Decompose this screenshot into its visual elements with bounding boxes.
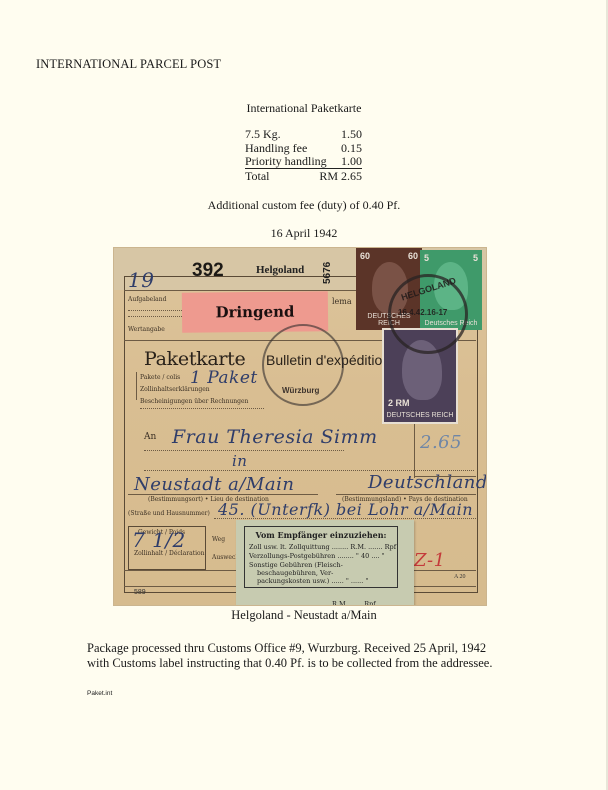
label-wert: Wertangabe xyxy=(128,326,165,333)
page-title: INTERNATIONAL PARCEL POST xyxy=(36,57,221,72)
fee-value: RM 2.65 xyxy=(319,169,362,183)
stamp-value: 60 xyxy=(360,251,370,261)
parcel-card-image: 392 Helgoland 5676 19 Aufgabeland Wertan… xyxy=(114,248,486,605)
label-bescheinigungen: Bescheinigungen über Rechnungen xyxy=(140,398,248,405)
customs-line: Verzollungs-Postgebühren ........ " 40 .… xyxy=(249,552,385,560)
handwritten-weight: 7 1/2 xyxy=(132,528,186,552)
customs-line: Sonstige Gebühren (Fleisch- xyxy=(249,561,343,569)
card-caption: Helgoland - Neustadt a/Main xyxy=(0,608,608,623)
form-number: 589 xyxy=(134,589,146,596)
fee-label: Handling fee xyxy=(245,141,307,155)
stamp-value: 2 RM xyxy=(388,398,410,408)
label-fragment: lema xyxy=(332,298,352,305)
stamp-value: 60 xyxy=(408,251,418,261)
divider xyxy=(144,450,344,451)
fee-table: 7.5 Kg. 1.50 Handling fee 0.15 Priority … xyxy=(245,127,362,183)
fee-label: Priority handling xyxy=(245,155,327,168)
customs-footer: R.M. ...... Rpf xyxy=(332,600,376,605)
document-date: 16 April 1942 xyxy=(0,226,608,241)
divider xyxy=(128,310,184,311)
form-title: Paketkarte xyxy=(144,348,245,370)
customs-line: Zoll usw. lt. Zollquittung ........ R.M.… xyxy=(249,543,396,551)
handwritten-quantity: 1 Paket xyxy=(190,368,258,388)
fee-value: 0.15 xyxy=(341,141,362,155)
customs-title: Vom Empfänger einzuziehen: xyxy=(245,530,397,540)
customs-line: packungskosten usw.) ...... " ...... " xyxy=(257,577,368,585)
description-line: Package processed thru Customs Office #9… xyxy=(87,641,521,656)
card-vertical-number: 5676 xyxy=(322,262,333,284)
customs-box: Vom Empfänger einzuziehen: Zoll usw. lt.… xyxy=(244,526,398,588)
fee-value: 1.50 xyxy=(341,127,362,141)
handwritten-city: Neustadt a/Main xyxy=(134,474,294,495)
divider xyxy=(214,518,476,519)
divider xyxy=(128,316,184,317)
postmark-helgoland-date: 16.4.42.16-17 xyxy=(398,308,447,317)
label-weg: Weg xyxy=(212,536,225,543)
postmark-wurzburg-text: Würzburg xyxy=(282,386,319,395)
description-line: with Customs label instructing that 0.40… xyxy=(87,656,521,671)
document-subtitle: International Paketkarte xyxy=(0,101,608,116)
divider xyxy=(336,494,476,495)
stamp-value: 5 xyxy=(473,253,478,263)
customs-label: Vom Empfänger einzuziehen: Zoll usw. lt.… xyxy=(236,520,414,605)
stamp-value: 5 xyxy=(424,253,429,263)
card-number: 392 xyxy=(192,260,224,282)
fee-row: Priority handling 1.00 xyxy=(245,155,362,169)
fee-value: 1.00 xyxy=(341,155,362,168)
duty-note: Additional custom fee (duty) of 0.40 Pf. xyxy=(0,198,608,213)
fee-total-row: Total RM 2.65 xyxy=(245,169,362,183)
divider xyxy=(136,372,137,400)
divider xyxy=(140,408,264,409)
fee-row: 7.5 Kg. 1.50 xyxy=(245,127,362,141)
fee-label: Total xyxy=(245,169,270,183)
divider xyxy=(414,476,476,477)
recipient-prefix: An xyxy=(144,434,156,441)
customs-line: beschaugebühren, Ver- xyxy=(257,569,333,577)
handwritten-recipient: Frau Theresia Simm xyxy=(172,426,378,448)
handwritten-top-number: 19 xyxy=(128,268,154,292)
divider xyxy=(144,470,474,471)
card-origin: Helgoland xyxy=(256,264,304,276)
stamp-caption: DEUTSCHES REICH xyxy=(384,412,456,419)
handwritten-amount: 2.65 xyxy=(420,432,462,453)
fee-label: 7.5 Kg. xyxy=(245,127,281,141)
form-code: A 20 xyxy=(454,574,466,580)
handwritten-street: 45. (Unterfk) bei Lohr a/Main xyxy=(218,500,473,519)
handwritten-in: in xyxy=(232,452,247,470)
fee-row: Handling fee 0.15 xyxy=(245,141,362,155)
description: Package processed thru Customs Office #9… xyxy=(87,641,521,671)
divider xyxy=(128,494,318,495)
label-strasse: (Straße und Hausnummer) xyxy=(128,510,210,517)
label-pakete: Pakete / colis xyxy=(140,374,180,381)
bullet-separator: • xyxy=(234,358,240,365)
file-name: Paket.int xyxy=(87,690,112,697)
handwritten-red-mark: Z-1 xyxy=(414,550,446,571)
label-aufgabe: Aufgabeland xyxy=(128,296,166,303)
